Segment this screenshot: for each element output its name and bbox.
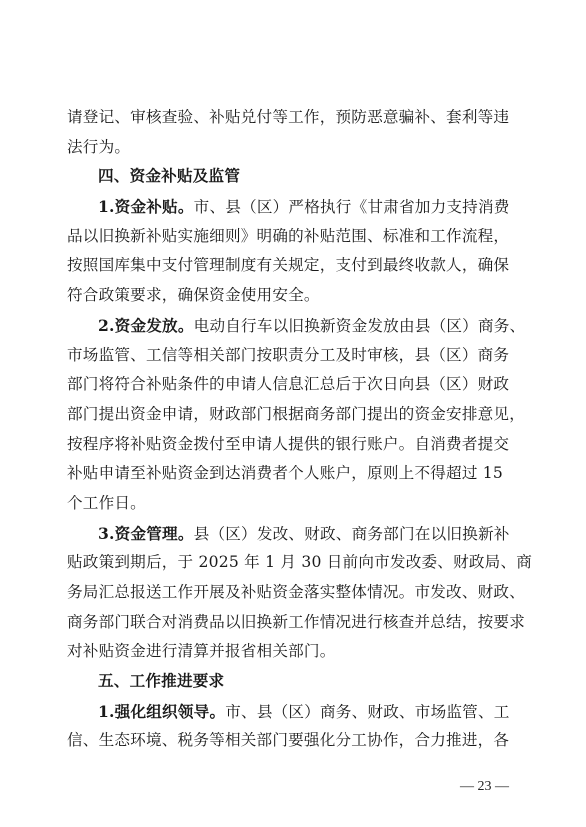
body-line: 符合政策要求，确保资金使用安全。 xyxy=(67,281,462,311)
section-heading-4: 四、资金补贴及监管 xyxy=(67,162,462,192)
subsection-text: 县（区）发改、财政、商务部门在以旧换新补 xyxy=(194,525,510,543)
body-line: 按程序将补贴资金拨付至申请人提供的银行账户。自消费者提交 xyxy=(67,430,462,460)
body-line: 个工作日。 xyxy=(67,489,462,519)
subsection-lead: 3.资金管理。 xyxy=(98,524,194,543)
document-body: 请登记、审核查验、补贴兑付等工作，预防恶意骗补、套利等违 法行为。 四、资金补贴… xyxy=(67,103,462,756)
section-heading-5: 五、工作推进要求 xyxy=(67,667,462,697)
subsection-funding-disbursement: 2.资金发放。电动自行车以旧换新资金发放由县（区）商务、 xyxy=(67,311,462,341)
subsection-funding-management: 3.资金管理。县（区）发改、财政、商务部门在以旧换新补 xyxy=(67,519,462,549)
body-line: 务局汇总报送工作开展及补贴资金落实整体情况。市发改、财政、 xyxy=(67,578,462,608)
body-line: 贴政策到期后，于 2025 年 1 月 30 日前向市发改委、财政局、商 xyxy=(67,548,462,578)
subsection-lead: 2.资金发放。 xyxy=(98,316,194,335)
page-number: — 23 — xyxy=(460,779,509,795)
body-line: 品以旧换新补贴实施细则》明确的补贴范围、标准和工作流程， xyxy=(67,222,462,252)
body-line: 部门提出资金申请，财政部门根据商务部门提出的资金安排意见， xyxy=(67,400,462,430)
body-line: 法行为。 xyxy=(67,133,462,163)
body-line: 补贴申请至补贴资金到达消费者个人账户，原则上不得超过 15 xyxy=(67,459,462,489)
subsection-text: 市、县（区）商务、财政、市场监管、工 xyxy=(225,703,509,721)
body-line: 市场监管、工信等相关部门按职责分工及时审核，县（区）商务 xyxy=(67,341,462,371)
body-line: 按照国库集中支付管理制度有关规定，支付到最终收款人，确保 xyxy=(67,251,462,281)
subsection-text: 电动自行车以旧换新资金发放由县（区）商务、 xyxy=(194,317,526,335)
body-line: 信、生态环境、税务等相关部门要强化分工协作，合力推进，各 xyxy=(67,726,462,756)
body-line: 对补贴资金进行清算并报省相关部门。 xyxy=(67,637,462,667)
document-page: 请登记、审核查验、补贴兑付等工作，预防恶意骗补、套利等违 法行为。 四、资金补贴… xyxy=(0,0,586,827)
subsection-lead: 1.资金补贴。 xyxy=(98,197,194,216)
subsection-text: 市、县（区）严格执行《甘肃省加力支持消费 xyxy=(194,198,510,216)
body-line: 商务部门联合对消费品以旧换新工作情况进行核查并总结，按要求 xyxy=(67,608,462,638)
subsection-lead: 1.强化组织领导。 xyxy=(98,702,225,721)
subsection-funding-subsidy: 1.资金补贴。市、县（区）严格执行《甘肃省加力支持消费 xyxy=(67,192,462,222)
body-line: 部门将符合补贴条件的申请人信息汇总后于次日向县（区）财政 xyxy=(67,370,462,400)
body-line: 请登记、审核查验、补贴兑付等工作，预防恶意骗补、套利等违 xyxy=(67,103,462,133)
subsection-strengthen-leadership: 1.强化组织领导。市、县（区）商务、财政、市场监管、工 xyxy=(67,697,462,727)
